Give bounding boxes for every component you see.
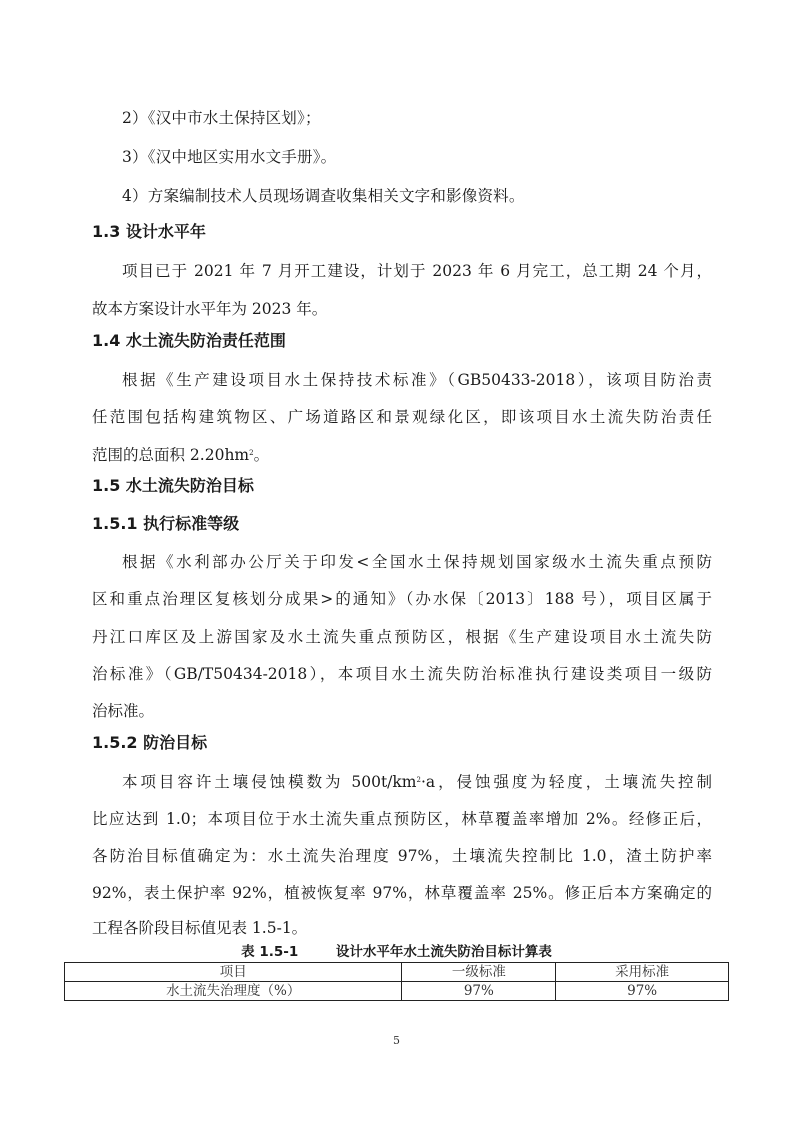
table-caption: 表 1.5-1 设计水平年水土流失防治目标计算表 — [0, 943, 793, 961]
document-page: 2）《汉中市水土保持区划》； 3）《汉中地区实用水文手册》。 4）方案编制技术人… — [0, 0, 793, 1122]
superscript: 2 — [249, 449, 253, 457]
section-heading-1-5-1: 1.5.1 执行标准等级 — [92, 514, 239, 534]
table-header-cell: 项目 — [65, 963, 402, 982]
text: 本项目容许土壤侵蚀模数为 500t/km — [122, 773, 417, 791]
paragraph-line: 项目已于 2021 年 7 月开工建设，计划于 2023 年 6 月完工，总工期… — [122, 261, 712, 281]
section-heading-1-3: 1.3 设计水平年 — [92, 222, 206, 242]
reference-list-item: 2）《汉中市水土保持区划》； — [122, 108, 321, 128]
section-heading-1-5-2: 1.5.2 防治目标 — [92, 733, 207, 753]
paragraph-line: 任范围包括构建筑物区、广场道路区和景观绿化区，即该项目水土流失防治责任 — [92, 407, 712, 427]
paragraph-line: 根据《生产建设项目水土保持技术标准》（GB50433-2018），该项目防治责 — [122, 370, 712, 390]
section-heading-1-4: 1.4 水土流失防治责任范围 — [92, 331, 286, 351]
paragraph-line: 比应达到 1.0；本项目位于水土流失重点预防区，林草覆盖率增加 2%。经修正后， — [92, 809, 712, 829]
text: ·a，侵蚀强度为轻度，土壤流失控制 — [421, 773, 712, 791]
paragraph-line: 本项目容许土壤侵蚀模数为 500t/km2·a，侵蚀强度为轻度，土壤流失控制 — [122, 772, 712, 792]
paragraph-line: 范围的总面积 2.20hm2。 — [92, 445, 269, 465]
paragraph-line: 工程各阶段目标值见表 1.5-1。 — [92, 918, 307, 938]
table-cell: 水土流失治理度（%） — [65, 982, 402, 1001]
paragraph-line: 92%，表土保护率 92%，植被恢复率 97%，林草覆盖率 25%。修正后本方案… — [92, 883, 712, 903]
table-row: 水土流失治理度（%） 97% 97% — [65, 982, 729, 1001]
table-header-cell: 一级标准 — [402, 963, 556, 982]
paragraph-line: 丹江口库区及上游国家及水土流失重点预防区，根据《生产建设项目水土流失防 — [92, 627, 712, 647]
paragraph-line: 治标准。 — [92, 701, 154, 721]
paragraph-line: 各防治目标值确定为：水土流失治理度 97%，土壤流失控制比 1.0，渣土防护率 — [92, 846, 712, 866]
targets-table: 项目 一级标准 采用标准 水土流失治理度（%） 97% 97% — [64, 962, 729, 1001]
reference-list-item: 3）《汉中地区实用水文手册》。 — [122, 147, 336, 167]
section-heading-1-5: 1.5 水土流失防治目标 — [92, 476, 254, 496]
text: 。 — [254, 446, 270, 464]
table-header-cell: 采用标准 — [556, 963, 729, 982]
text: 范围的总面积 2.20hm — [92, 446, 249, 464]
paragraph-line: 治标准》（GB/T50434-2018），本项目水土流失防治标准执行建设类项目一… — [92, 664, 712, 684]
table-cell: 97% — [556, 982, 729, 1001]
superscript: 2 — [417, 776, 421, 784]
page-number: 5 — [0, 1034, 793, 1047]
table-header-row: 项目 一级标准 采用标准 — [65, 963, 729, 982]
paragraph-line: 根据《水利部办公厅关于印发<全国水土保持规划国家级水土流失重点预防 — [122, 552, 712, 572]
paragraph-line: 故本方案设计水平年为 2023 年。 — [92, 299, 327, 319]
reference-list-item: 4）方案编制技术人员现场调查收集相关文字和影像资料。 — [122, 186, 525, 206]
table-cell: 97% — [402, 982, 556, 1001]
paragraph-line: 区和重点治理区复核划分成果>的通知》（办水保〔2013〕188 号），项目区属于 — [92, 589, 712, 609]
